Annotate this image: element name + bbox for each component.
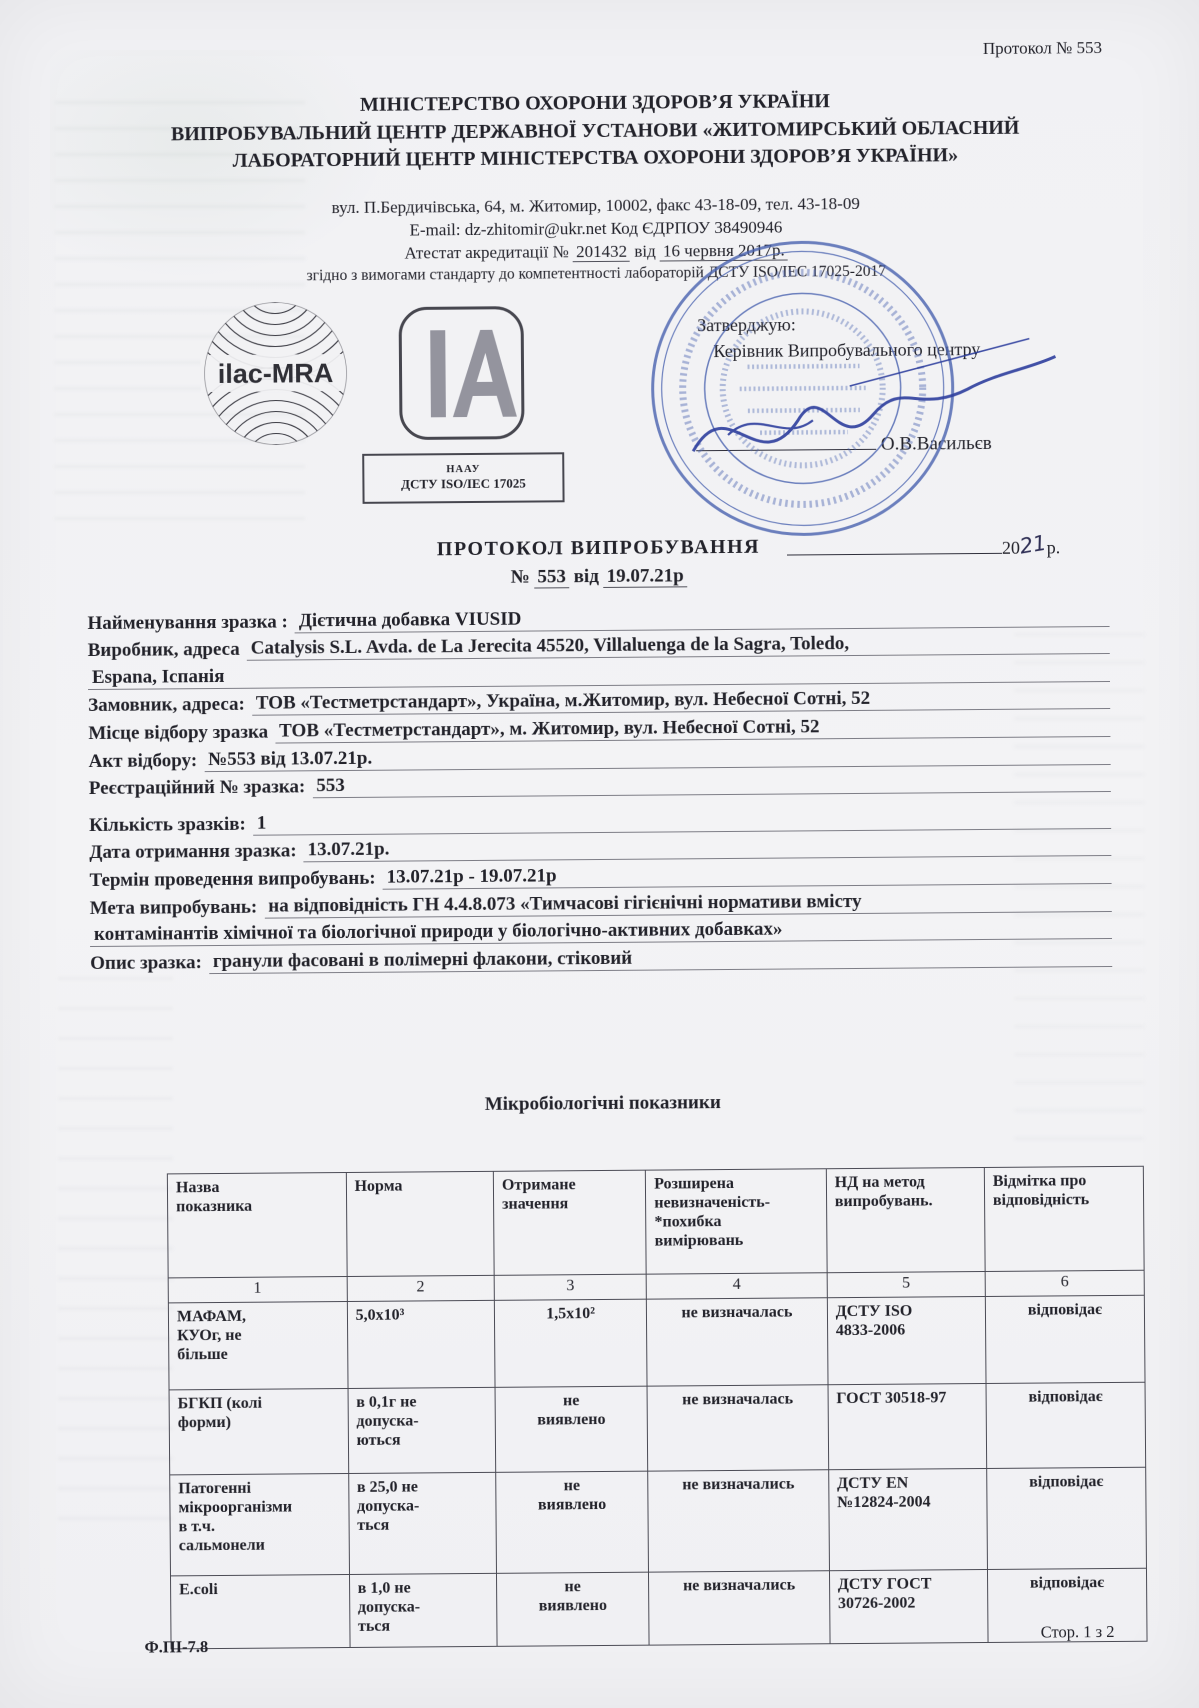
sample-info-fields: Найменування зразка : Дієтична добавка V… [87, 599, 1112, 975]
table-title: Мікробіологічні показники [3, 1088, 1199, 1119]
table-row: E.coli в 1,0 не допуска- ться не виявлен… [170, 1568, 1147, 1649]
accreditation-mid: від [634, 242, 656, 261]
column-number: 5 [827, 1271, 985, 1297]
header-cell: НД на метод випробувань. [826, 1167, 985, 1272]
table-cell: відповідає [986, 1382, 1146, 1468]
table-cell: ДСТУ ISO 4833-2006 [827, 1296, 986, 1384]
microbiology-results-table: Назва показника Норма Отримане значення … [167, 1166, 1148, 1650]
table-row: БГКП (колі форми) в 0,1г не допуска- ють… [169, 1382, 1146, 1475]
ilac-mra-label: ilac-MRA [218, 358, 334, 389]
table-cell: не визначалась [647, 1385, 828, 1471]
column-number: 4 [646, 1273, 827, 1299]
field-label: Місце відбору зразка [88, 722, 268, 745]
table-cell: відповідає [987, 1467, 1147, 1569]
field-label: Найменування зразка : [87, 611, 287, 635]
accreditation-date: 16 червня 2017р. [660, 241, 788, 262]
table-header-row: Назва показника Норма Отримане значення … [167, 1166, 1144, 1278]
table-cell: БГКП (колі форми) [169, 1389, 348, 1475]
ministry-name: МІНІСТЕРСТВО ОХОРОНИ ЗДОРОВ’Я УКРАЇНИ [0, 87, 1195, 119]
number-sign: № [511, 567, 530, 588]
table-cell: не визначалась [647, 1298, 828, 1386]
from-word: від [574, 566, 599, 587]
protocol-reference: Протокол № 553 [983, 38, 1102, 59]
column-number: 1 [168, 1277, 347, 1303]
field-label: Виробник, адреса [88, 639, 240, 662]
table-cell: не виявлено [496, 1572, 649, 1646]
approver-name: О.В.Васильєв [881, 433, 992, 455]
protocol-number: 553 [534, 566, 569, 588]
table-cell: не визначались [649, 1571, 830, 1645]
accreditation-prefix: Атестат акредитації № [404, 242, 569, 262]
table-cell: відповідає [985, 1295, 1145, 1383]
table-row: МАФАМ, КУОг, не більше 5,0х10³ 1,5х10² н… [168, 1295, 1145, 1390]
table-cell: 1,5х10² [494, 1299, 647, 1387]
table-cell: ГОСТ 30518-97 [828, 1383, 987, 1469]
column-number: 3 [494, 1274, 646, 1300]
table-cell: МАФАМ, КУОг, не більше [168, 1302, 347, 1390]
naau-logo [395, 303, 528, 451]
column-number: 6 [985, 1270, 1144, 1296]
ilac-mra-logo: ilac-MRA [200, 298, 351, 454]
naau-box-label: НААУ [446, 464, 480, 475]
field-label: Замовник, адреса: [88, 694, 245, 717]
signature-line [696, 430, 876, 451]
protocol-date: 19.07.21р [604, 565, 687, 588]
header-cell: Розширена невизначеність- *похибка вимір… [646, 1169, 827, 1274]
table-cell: Патогенні мікроорганізми в т.ч. сальмоне… [170, 1473, 349, 1575]
naau-box-standard: ДСТУ ISO/IEC 17025 [401, 476, 526, 493]
field-label: Реєстраційний № зразка: [89, 776, 306, 800]
header-cell: Норма [346, 1171, 494, 1276]
table-cell: ДСТУ ГОСТ 30726-2002 [829, 1569, 988, 1643]
center-name-line-2: ЛАБОРАТОРНИЙ ЦЕНТР МІНІСТЕРСТВА ОХОРОНИ … [0, 142, 1195, 174]
table-cell: ДСТУ EN №12824-2004 [828, 1468, 987, 1570]
column-number: 2 [347, 1275, 495, 1301]
field-value: 553 [312, 769, 1111, 798]
stamp-seal-icon [597, 236, 1080, 585]
table-cell: в 25,0 не допуска- ться [348, 1472, 496, 1574]
footer-form-code: Ф.ПІ-7.8 [144, 1637, 208, 1657]
table-row: Патогенні мікроорганізми в т.ч. сальмоне… [170, 1467, 1147, 1576]
field-label: Мета випробувань: [90, 896, 258, 919]
field-label: Кількість зразків: [89, 814, 246, 837]
signature-row: О.В.Васильєв [696, 429, 992, 457]
header-cell: Назва показника [167, 1173, 346, 1278]
protocol-number-line: № 553 від 19.07.21р [0, 561, 1198, 592]
protocol-title: ПРОТОКОЛ ВИПРОБУВАННЯ [0, 532, 1198, 564]
field-label: Опис зразка: [90, 952, 202, 975]
footer-page-number: Стор. 1 з 2 [1041, 1622, 1115, 1643]
table-cell: в 0,1г не допуска- ються [348, 1387, 496, 1473]
document-header: МІНІСТЕРСТВО ОХОРОНИ ЗДОРОВ’Я УКРАЇНИ ВИ… [0, 87, 1196, 287]
header-cell: Отримане значення [493, 1170, 646, 1275]
table-cell: в 1,0 не допуска- ться [349, 1573, 497, 1647]
table-cell: не виявлено [495, 1386, 648, 1472]
field-label: Акт відбору: [89, 750, 198, 773]
field-label: Термін проведення випробувань: [89, 868, 375, 892]
table-cell: не виявлено [496, 1471, 649, 1573]
table-cell: 5,0х10³ [347, 1300, 495, 1388]
approval-label: Затверджую: [697, 314, 796, 336]
header-cell: Відмітка про відповідність [984, 1166, 1144, 1271]
table-cell: не визначались [648, 1470, 829, 1572]
field-label: Дата отримання зразка: [89, 841, 296, 865]
accreditation-number: 201432 [573, 242, 630, 262]
field-value: гранули фасовані в полімерні флакони, ст… [209, 944, 1112, 974]
scanned-protocol-page: Протокол № 553 МІНІСТЕРСТВО ОХОРОНИ ЗДОР… [0, 0, 1199, 1708]
approver-role: Керівник Випробувального центру [713, 339, 980, 362]
naau-accreditation-box: НААУ ДСТУ ISO/IEC 17025 [362, 452, 564, 504]
